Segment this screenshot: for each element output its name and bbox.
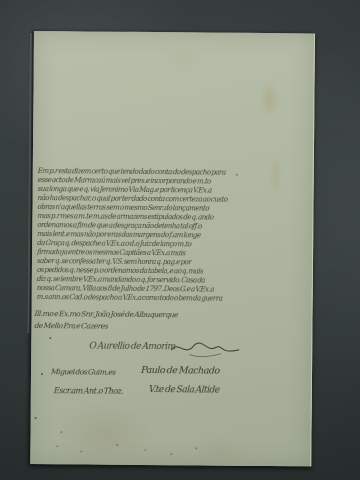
ink-speck [49, 337, 51, 339]
ink-speck [35, 417, 37, 419]
fox-spot [56, 445, 58, 447]
signature-row2-left: Escr.am Ant.o Thoz. [54, 386, 124, 396]
signature-primary-name: O Aurellio de Amorim [89, 341, 176, 352]
photo-backdrop: { "meta": { "description": "Fotografia d… [0, 0, 360, 480]
signature-row1-right: Paulo de Machado [141, 365, 220, 377]
manuscript-page: Em p.r esta dizem certo que tendo dado c… [30, 31, 315, 466]
manuscript-line: m.s ann.os Cad.o despacho a V.Ex.a como … [36, 293, 234, 304]
signature-row1-left: Miguel dos Guim.es [51, 367, 116, 377]
fox-spot [80, 450, 82, 452]
signature-row2-right: V.te de Sala Altide [148, 385, 219, 396]
ink-speck [41, 373, 43, 375]
fox-spot [144, 449, 146, 451]
manuscript-body: Em p.r esta dizem certo que tendo dado c… [37, 167, 241, 304]
fox-spot [236, 174, 238, 176]
address-line: de Mello P.ra e Cazeres [34, 320, 225, 334]
signature-rubric-flourish [169, 338, 241, 359]
fox-spot [195, 447, 197, 449]
fox-spot [116, 444, 118, 446]
signature-primary: O Aurellio de Amorim [89, 334, 241, 358]
fox-spot [170, 453, 172, 455]
fox-spot [60, 431, 62, 433]
address-block: Ill.mo e Ex.mo Snr. João José de Albuque… [34, 308, 224, 334]
